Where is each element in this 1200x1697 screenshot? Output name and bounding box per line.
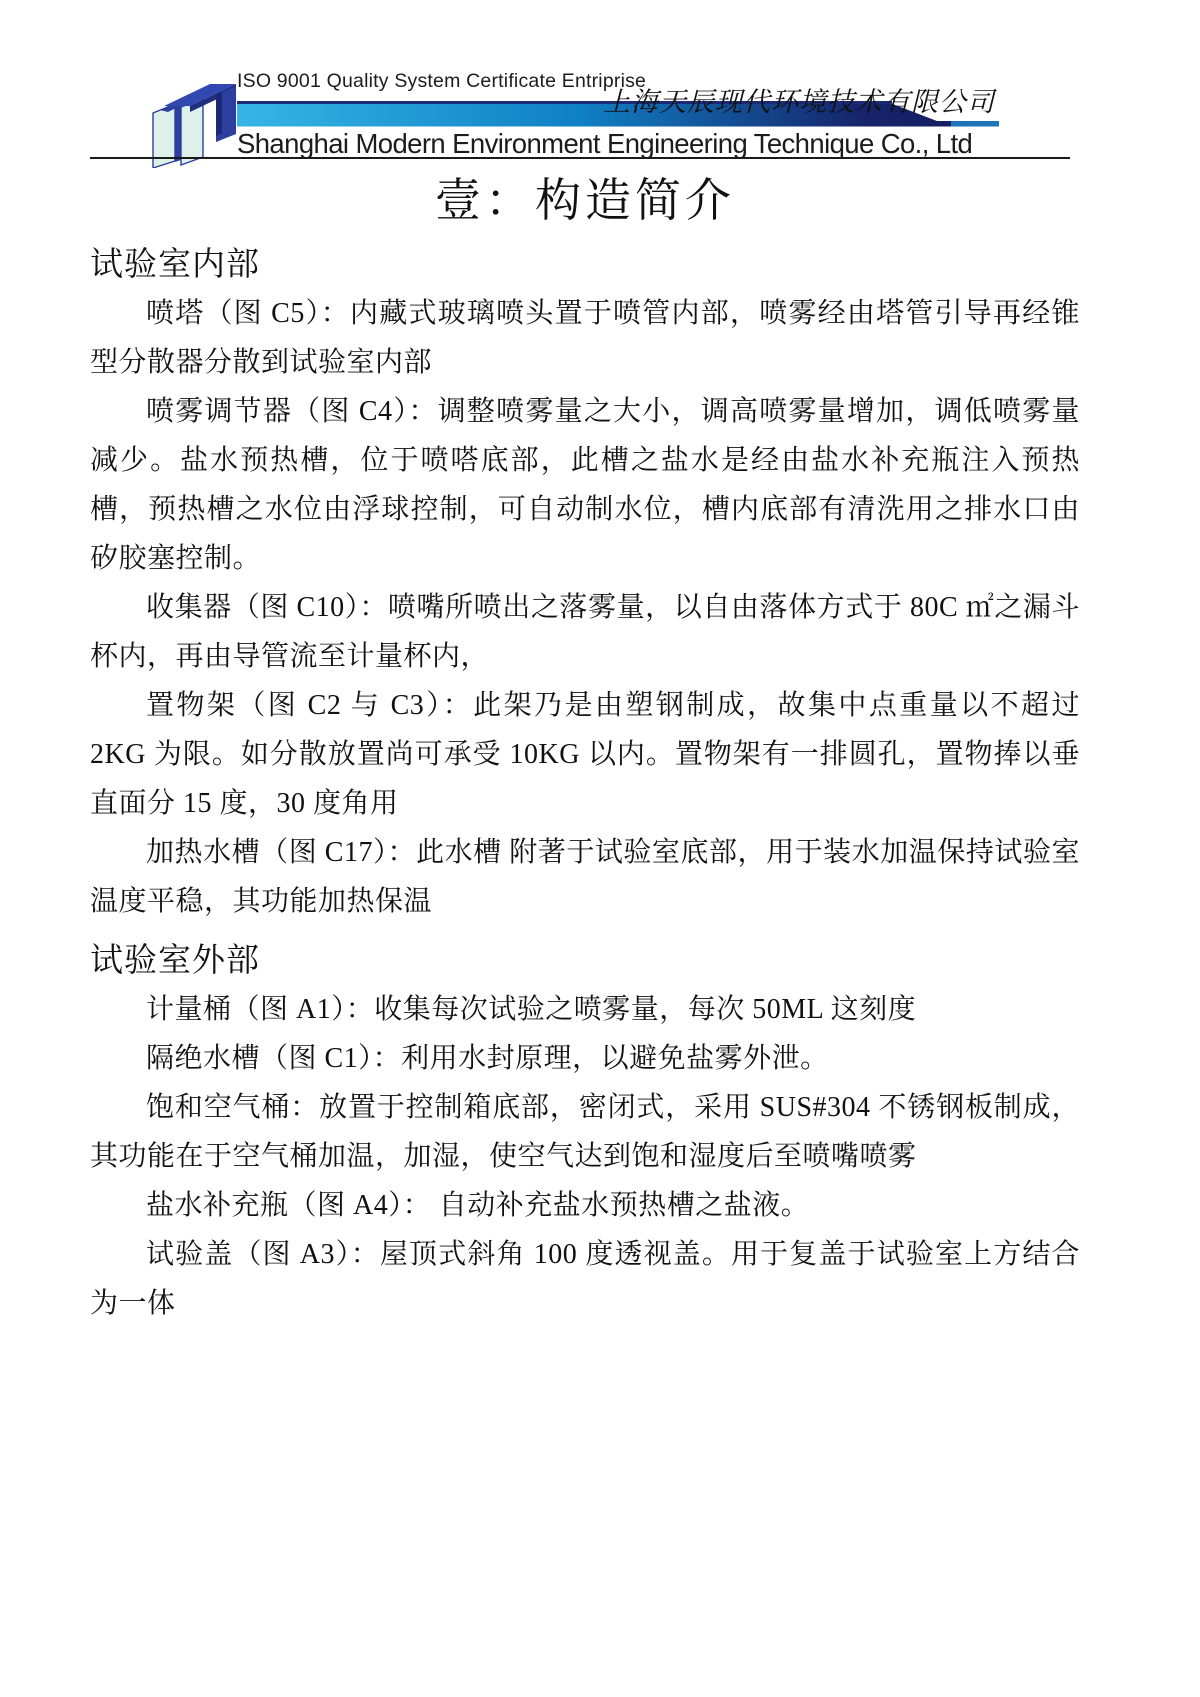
paragraph: 喷塔（图 C5）：内藏式玻璃喷头置于喷管内部，喷雾经由塔管引导再经锥型分散器分散… [90,289,1080,387]
section-heading-interior: 试验室内部 [90,238,1080,285]
letterhead: ISO 9001 Quality System Certificate Entr… [0,0,1200,160]
company-name-cn: 上海天辰现代环境技术有限公司 [600,80,995,119]
paragraph: 收集器（图 C10）：喷嘴所喷出之落雾量，以自由落体方式于 80C ㎡之漏斗杯内… [90,583,1080,681]
paragraph: 盐水补充瓶（图 A4）： 自动补充盐水预热槽之盐液。 [90,1181,1080,1230]
paragraph: 置物架（图 C2 与 C3）：此架乃是由塑钢制成，故集中点重量以不超过 2KG … [90,681,1080,828]
paragraph: 加热水槽（图 C17）：此水槽 附著于试验室底部，用于装水加温保持试验室温度平稳… [90,828,1080,926]
paragraph: 计量桶（图 A1）：收集每次试验之喷雾量，每次 50ML 这刻度 [90,985,1080,1034]
paragraph: 试验盖（图 A3）：屋顶式斜角 100 度透视盖。用于复盖于试验室上方结合为一体 [90,1230,1080,1328]
paragraph: 隔绝水槽（图 C1）：利用水封原理，以避免盐雾外泄。 [90,1034,1080,1083]
company-logo-icon [150,74,240,168]
document-body: 壹：构造简介 试验室内部 喷塔（图 C5）：内藏式玻璃喷头置于喷管内部，喷雾经由… [90,162,1080,1328]
document-page: ISO 9001 Quality System Certificate Entr… [0,0,1200,1697]
page-title: 壹：构造简介 [90,164,1080,230]
section-heading-exterior: 试验室外部 [90,934,1080,981]
paragraph: 饱和空气桶：放置于控制箱底部，密闭式，采用 SUS#304 不锈钢板制成，其功能… [90,1083,1080,1181]
iso-certificate-text: ISO 9001 Quality System Certificate Entr… [237,70,646,93]
company-name-en: Shanghai Modern Environment Engineering … [237,128,972,160]
paragraph: 喷雾调节器（图 C4）：调整喷雾量之大小，调高喷雾量增加，调低喷雾量减少。盐水预… [90,387,1080,583]
header-divider [90,157,1070,159]
